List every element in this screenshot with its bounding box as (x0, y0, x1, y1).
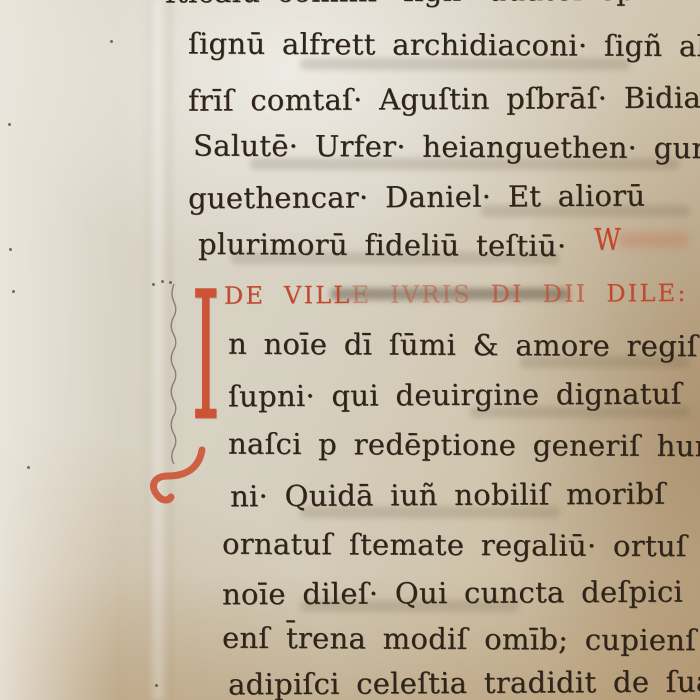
text-line: ornatuſ ſtemate regaliū· ortuſ (222, 527, 687, 563)
rubric-line: DE VILLE IVRIS DI DII DILE: IVREIT (224, 278, 700, 310)
rubric-spacer (472, 280, 491, 308)
marginal-scribbles (166, 282, 182, 477)
text-line: ſupni· qui deuirgine dignatuſ (228, 377, 682, 414)
rubric-spacer (587, 279, 606, 307)
rubric-spacer (687, 279, 700, 307)
red-paragraph-mark: W (594, 224, 621, 259)
speck (12, 290, 15, 293)
text-line: guethencar· Daniel· Et aliorū (188, 179, 646, 216)
rubric-seg: DILE: (606, 279, 687, 307)
text-line: frīſ comtaſ· Aguſtin pſbrāſ· Bidian· (188, 80, 700, 117)
speck (161, 280, 164, 283)
manuscript-photo: ſticalū cōminī· ſigñ· uuatēī epī ſignū a… (0, 0, 700, 700)
speck (152, 283, 155, 286)
speck (8, 123, 11, 126)
illuminated-initial-I: I (191, 268, 221, 446)
text-line: noīe dileſ· Qui cuncta deſpici (222, 575, 683, 612)
text-line: adipiſci celeſtia tradidit de ſua (228, 665, 700, 700)
speck (155, 684, 158, 687)
text-line: n noīe dī ſūmi & amore regiſ (228, 327, 698, 363)
rubric-seg: DE VILL (224, 281, 352, 310)
text-line-clipped: ſticalū cōminī· ſigñ· uuatēī epī (165, 0, 645, 9)
text-line: ſignū alfrett archidiaconi· ſigñ alfrett (188, 26, 700, 63)
text-line: naſci p redēptione generiſ huma (228, 427, 700, 464)
speck (9, 248, 12, 251)
text-line: ni· Quidā iuñ nobiliſ moribſ (230, 477, 666, 514)
text-line: enſ t̄rena modiſ omīb; cupienſ (222, 621, 696, 657)
rubric-seg: DI DII (491, 280, 588, 309)
speck (27, 466, 30, 469)
rubric-seg-faded: E IVRIS (351, 280, 472, 309)
speck (110, 40, 113, 43)
faded-red-smudge (618, 232, 688, 248)
text-line: Salutē· Urfer· heianguethen· gurcar· (193, 129, 700, 166)
text-line: plurimorū fideliū teſtiū· (198, 227, 567, 263)
